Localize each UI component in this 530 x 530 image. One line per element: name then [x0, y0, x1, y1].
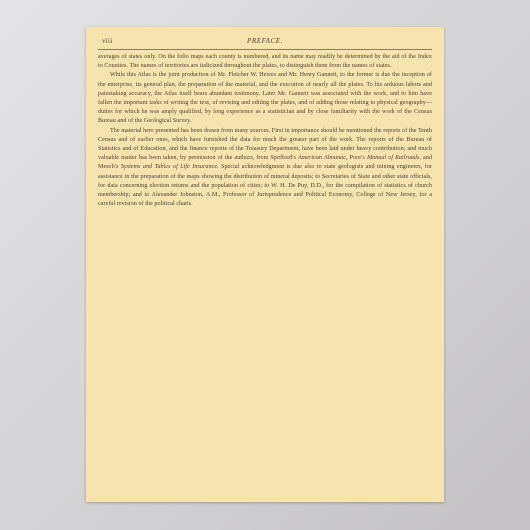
paragraph: While this Atlas is the joint production…: [98, 71, 432, 126]
text-run: While this Atlas is the joint production…: [98, 72, 432, 124]
italic-title: Systems and Tables of Life Insurance.: [121, 164, 219, 170]
header-rule: [98, 49, 432, 50]
paragraph: The material here presented has been dra…: [98, 127, 432, 210]
body-text: averages of states only. On the folio ma…: [98, 53, 432, 209]
running-title: PREFACE.: [98, 35, 432, 47]
paragraph: averages of states only. On the folio ma…: [98, 53, 432, 71]
italic-title: Manual of Railroads: [367, 155, 419, 161]
italic-title: American Almanac: [298, 155, 346, 161]
text-run: averages of states only. On the folio ma…: [98, 54, 432, 69]
text-run: , Poor's: [346, 155, 367, 161]
text-run: Special acknowledgment is due also to st…: [98, 164, 432, 207]
running-head: viii PREFACE.: [98, 35, 432, 47]
document-page: viii PREFACE. averages of states only. O…: [86, 27, 444, 502]
